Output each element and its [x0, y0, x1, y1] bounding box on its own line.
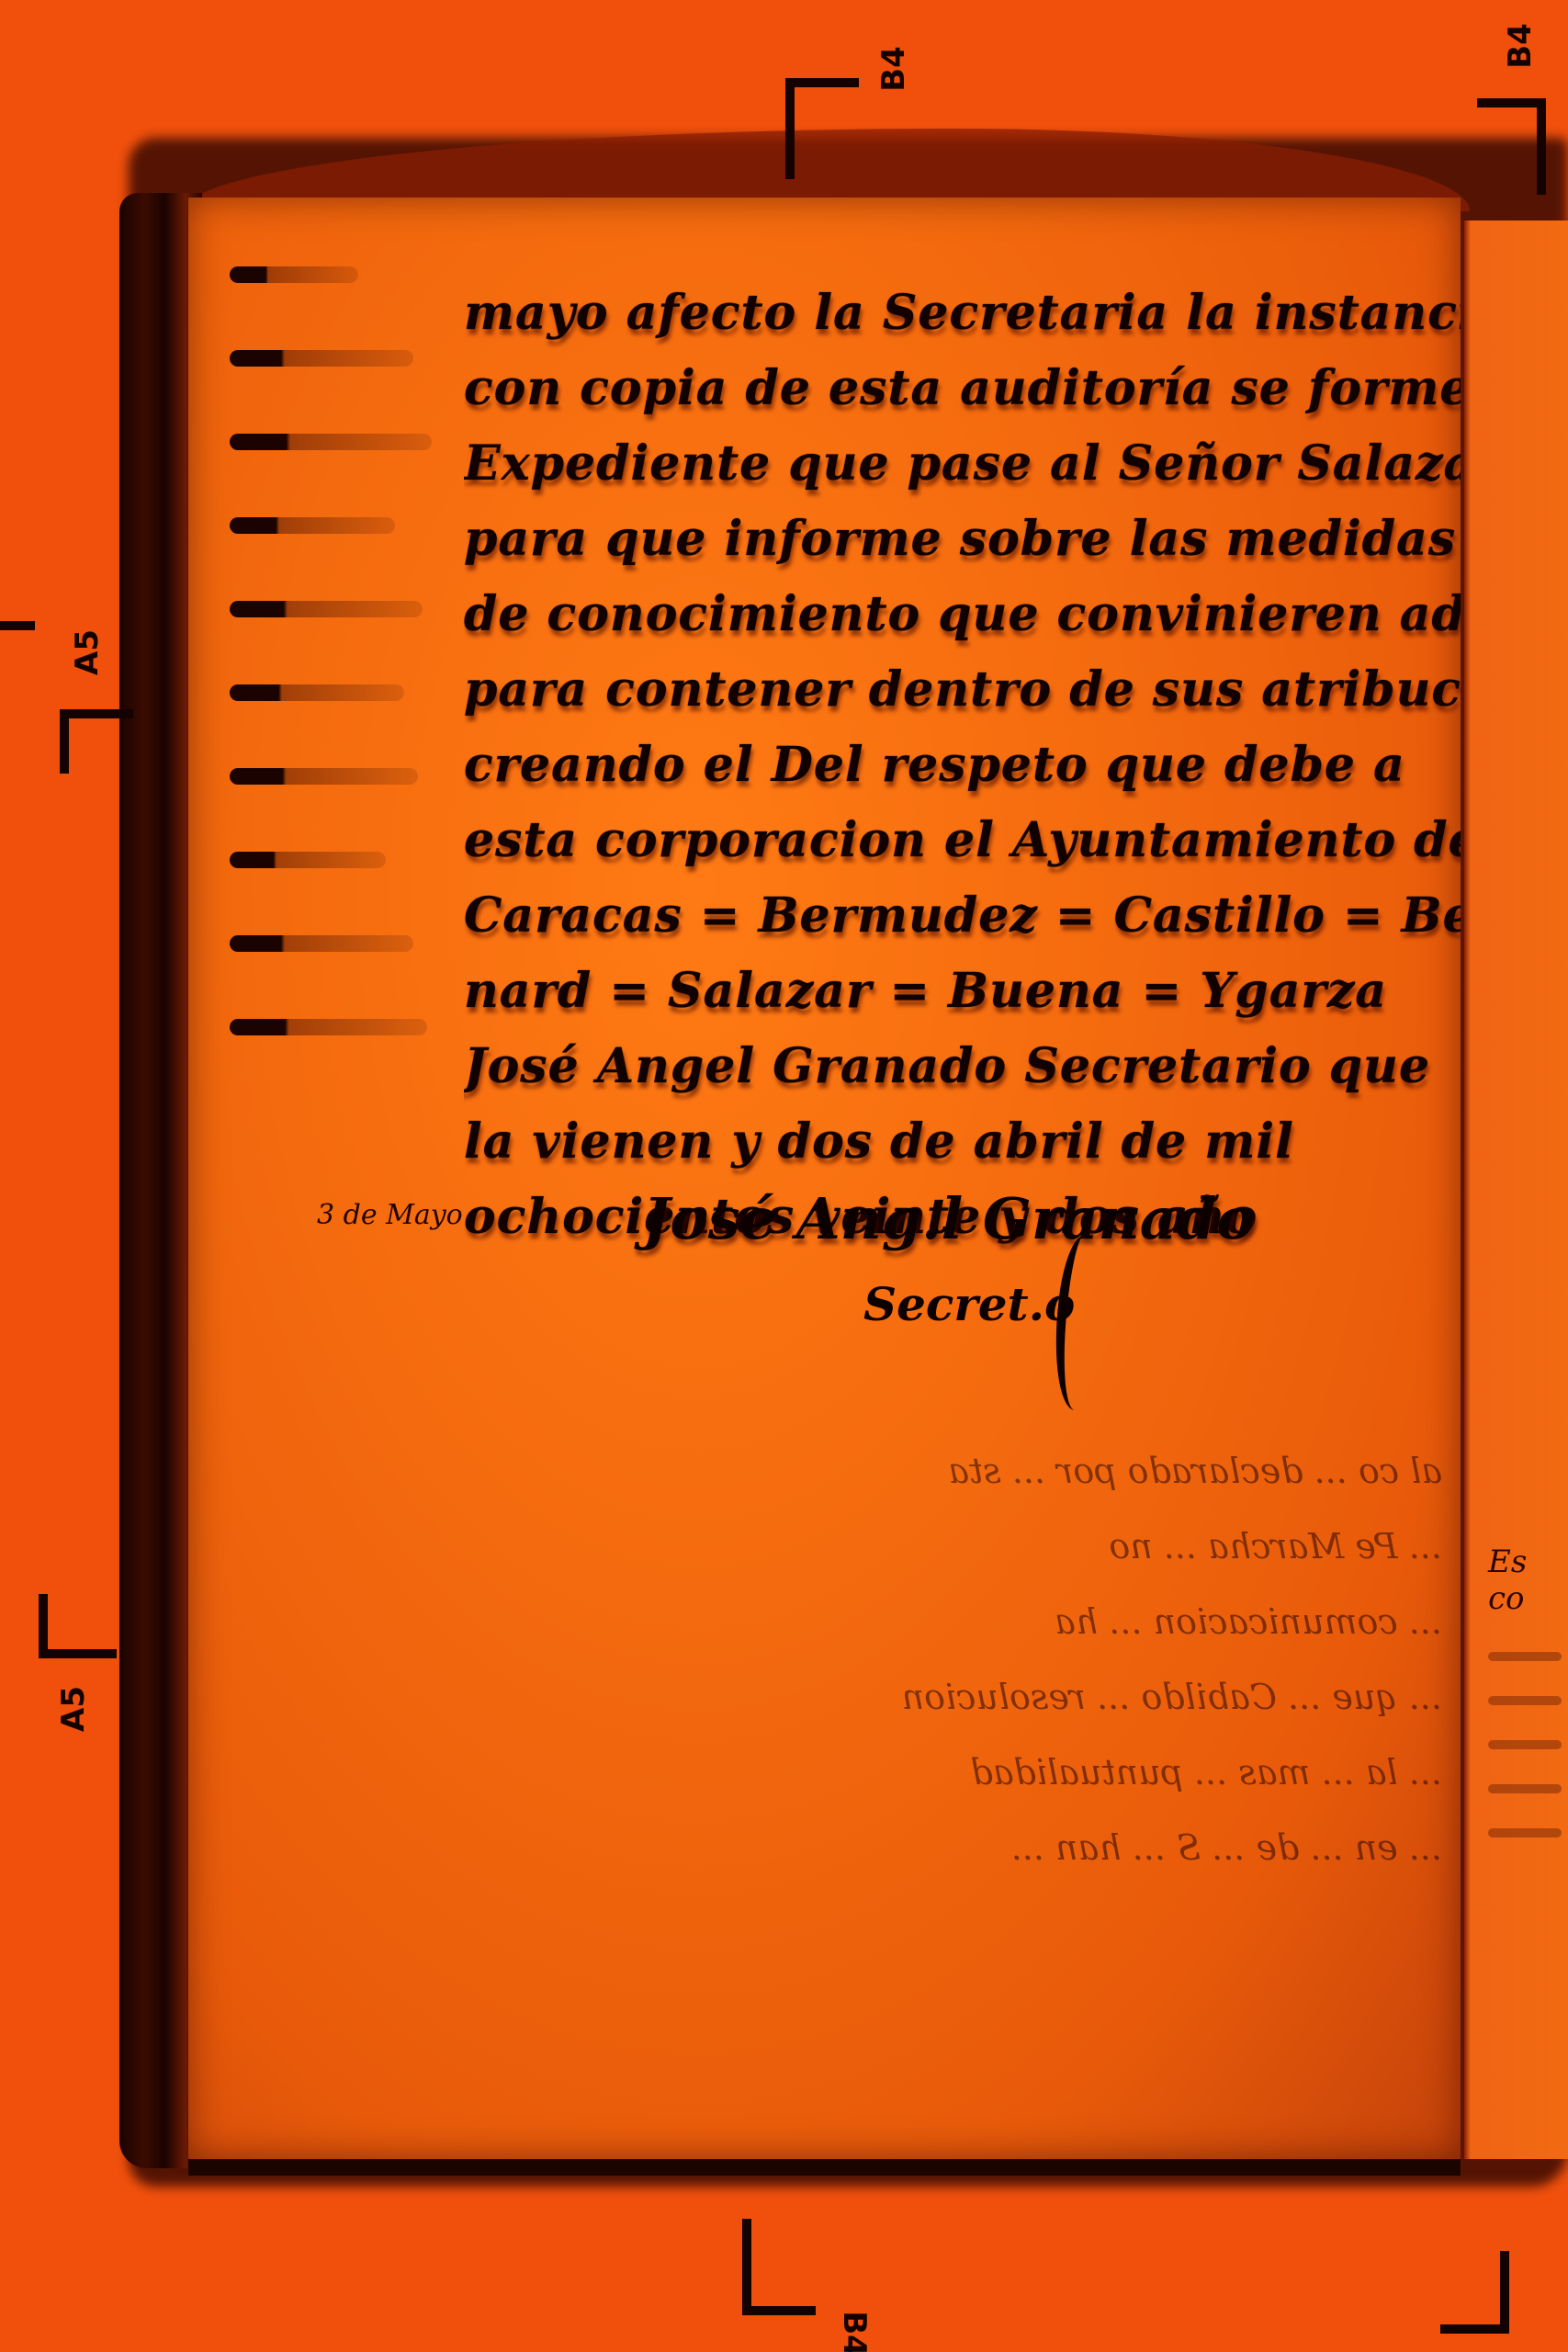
marker-label-left-upper: A5	[69, 629, 106, 675]
signature: José Ang.l Granado	[643, 1185, 1255, 1252]
marker-label-left-lower: A5	[55, 1686, 92, 1732]
manuscript-line: José Angel Granado Secretario que	[464, 1029, 1461, 1104]
bleed-line: ... en ... de ... S ... han ...	[303, 1810, 1442, 1885]
facing-page-text: Es co	[1488, 1543, 1568, 1872]
manuscript-line: para que informe sobre las medidas	[464, 502, 1461, 577]
bleed-line: al co ... declarado por ... sta	[303, 1433, 1442, 1509]
manuscript-line: con copia de esta auditoría se forme	[464, 351, 1461, 426]
marker-label-top-center: B4	[875, 46, 912, 92]
margin-column	[230, 266, 450, 1102]
left-tick-icon	[0, 621, 35, 630]
manuscript-line: de conocimiento que convinieren adoptars…	[464, 577, 1461, 652]
crop-marker-bottom-center-icon	[742, 2219, 816, 2315]
bleed-line: ... que ... Cabildo ... resolucion	[303, 1659, 1442, 1735]
manuscript-line: la vienen y dos de abril de mil	[464, 1104, 1461, 1180]
manuscript-line: nard = Salazar = Buena = Ygarza	[464, 954, 1461, 1029]
signature-title: Secret.o	[863, 1277, 1075, 1331]
manuscript-line: Expediente que pase al Señor Salazar	[464, 426, 1461, 502]
margin-date: 3 de Mayo	[317, 1199, 463, 1231]
crop-marker-top-right-icon	[1477, 98, 1546, 195]
marker-label-bottom-center: B4	[836, 2311, 873, 2352]
manuscript-line: mayo afecto la Secretaria la instancia	[464, 276, 1461, 351]
crop-marker-top-center-icon	[785, 78, 859, 179]
bleed-through-text: al co ... declarado por ... sta ... Pe M…	[303, 1433, 1442, 1885]
bleed-line: ... la ... mas ... puntualidad	[303, 1735, 1442, 1810]
manuscript-line: para contener dentro de sus atribuciones	[464, 652, 1461, 728]
crop-marker-left-lower-icon	[39, 1594, 117, 1658]
manuscript-line: creando el Del respeto que debe a	[464, 728, 1461, 803]
bleed-line: ... Pe Marcha ... no	[303, 1509, 1442, 1584]
manuscript-line: esta corporacion el Ayuntamiento de	[464, 803, 1461, 878]
crop-marker-left-upper-icon	[60, 709, 133, 774]
crop-marker-bottom-right-icon	[1440, 2251, 1509, 2334]
manuscript-text: mayo afecto la Secretaria la instancia c…	[464, 276, 1461, 1255]
marker-label-top-right: B4	[1502, 23, 1539, 69]
manuscript-line: Caracas = Bermudez = Castillo = Ber	[464, 878, 1461, 954]
bleed-line: ... comunicacion ... ha	[303, 1584, 1442, 1659]
